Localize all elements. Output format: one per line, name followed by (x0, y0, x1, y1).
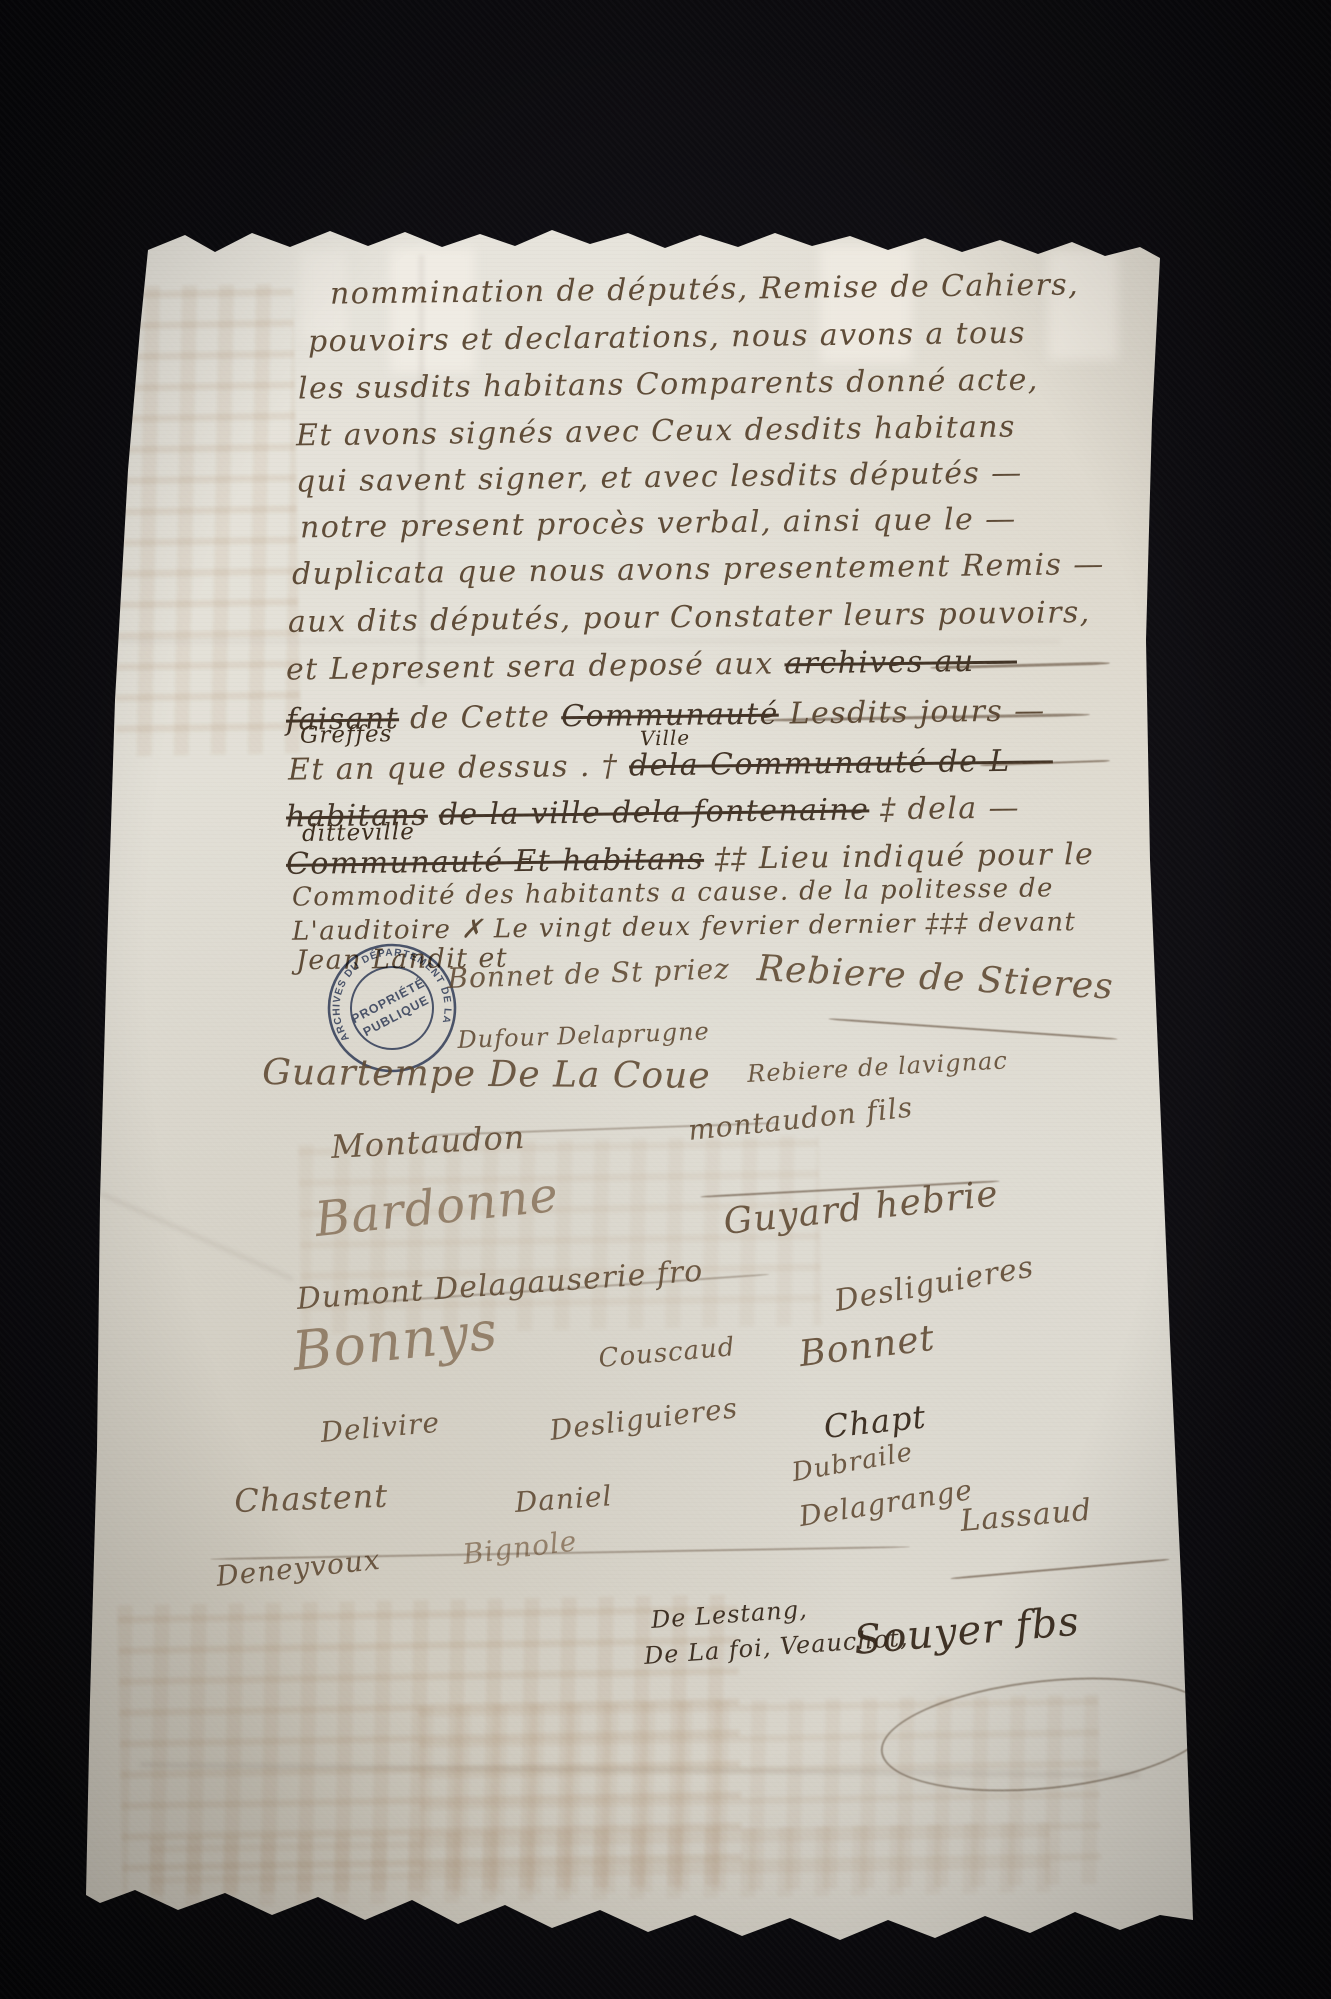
text-line: aux dits députés, pour Constater leurs p… (288, 595, 1091, 640)
line-text: ‡‡ Lieu indiqué pour le (704, 837, 1095, 877)
line-text: pouvoirs et declarations, nous avons a t… (308, 316, 1026, 360)
insertion-ditteville: ditteville (302, 819, 415, 847)
line-text: qui savent signer, et avec lesdits déput… (296, 456, 1023, 500)
bleedthrough-ghost-text (149, 1822, 1050, 1908)
line-text: aux dits députés, pour Constater leurs p… (288, 595, 1091, 640)
insertion-ville: Ville (640, 726, 691, 751)
struck-text: archives au — (784, 644, 1017, 682)
line-text: Lesdits jours — (779, 693, 1046, 731)
signature: Bignole (461, 1524, 579, 1571)
signature: Guartempe De La Coue (262, 1052, 711, 1097)
signature: Daniel (514, 1479, 614, 1519)
line-text: notre present procès verbal, ainsi que l… (300, 502, 1017, 546)
signature: Chapt (822, 1397, 928, 1446)
photo-of-manuscript: nommination de députés, Remise de Cahier… (0, 0, 1331, 1999)
text-line: qui savent signer, et avec lesdits déput… (296, 456, 1023, 500)
bleedthrough-ghost-text (108, 283, 301, 756)
line-text: ‡ dela — (869, 791, 1020, 828)
signature: Chastent (234, 1477, 389, 1520)
tape-mark (1048, 250, 1118, 360)
signature: Dubraile (790, 1437, 916, 1488)
line-text: Et an que dessus . † (288, 749, 629, 788)
struck-text: Communauté Et habitans (286, 842, 704, 882)
signature: Delivire (319, 1406, 441, 1449)
signature: Desliguieres (832, 1249, 1037, 1319)
crease (100, 1192, 293, 1280)
signature-flourish (950, 1558, 1169, 1579)
signature: Dufour Delaprugne (457, 1017, 710, 1054)
text-line: et Lepresent sera deposé aux archives au… (286, 644, 1017, 688)
insertion-greffes: Greffes (300, 721, 393, 749)
manuscript-paper: nommination de députés, Remise de Cahier… (0, 0, 1331, 1999)
text-line: duplicata que nous avons presentement Re… (292, 547, 1105, 592)
signature: Desliguieres (548, 1391, 740, 1447)
signature: Lassaud (959, 1493, 1094, 1539)
text-line: pouvoirs et declarations, nous avons a t… (308, 316, 1026, 360)
text-line: notre present procès verbal, ainsi que l… (300, 502, 1017, 546)
line-text: de Cette (399, 699, 562, 736)
line-text (428, 798, 439, 833)
signature: Rebiere de Stieres (756, 948, 1115, 1008)
struck-text: de la ville dela fontenaine (439, 792, 870, 832)
signature-flourish (828, 1018, 1117, 1040)
signature: Bonnet (797, 1318, 937, 1375)
line-text: duplicata que nous avons presentement Re… (292, 547, 1105, 592)
line-text: Et avons signés avec Ceux desdits habita… (296, 410, 1016, 454)
text-line: Et avons signés avec Ceux desdits habita… (296, 410, 1016, 454)
signature: Rebiere de lavignac (747, 1046, 1009, 1088)
text-line: Et an que dessus . † dela Communauté de … (288, 743, 1053, 787)
signature: Souyer fbs (852, 1598, 1081, 1664)
signature: Deneyvoux (215, 1543, 382, 1593)
signature: Couscaud (597, 1332, 736, 1374)
line-text: et Lepresent sera deposé aux (286, 646, 785, 687)
